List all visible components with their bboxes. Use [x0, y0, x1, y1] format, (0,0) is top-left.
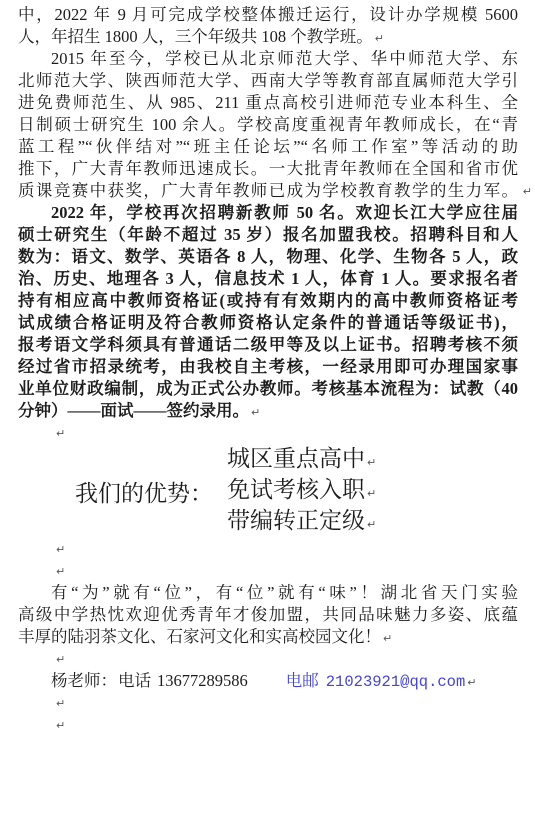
paragraph-mark-icon: ↵: [56, 543, 65, 556]
text-run: 丰厚的陆羽茶文化、石家河文化和实高校园文化！: [18, 627, 381, 646]
text-line: 丰厚的陆羽茶文化、石家河文化和实高校园文化！↵: [18, 626, 518, 648]
empty-line: ↵: [18, 560, 518, 582]
paragraph-mark-icon: ↵: [56, 427, 65, 440]
text-run: 高级中学热忱欢迎优秀青年才俊加盟，共同品味魅力多姿、底蕴: [18, 605, 518, 624]
paragraph-mark-icon: ↵: [467, 676, 476, 689]
document-page: 中，2022 年 9 月可完成学校整体搬迁运行，设计办学规模 5600 人，年招…: [0, 0, 535, 826]
text-run: 城区重点高中: [227, 446, 365, 471]
text-run: 有“为”就有“位”，有“位”就有“味”！湖北省天门实验: [51, 583, 518, 602]
contact-email-label: 电邮: [286, 671, 319, 690]
text-line: 2022 年，学校再次招聘新教师 50 名。欢迎长江大学应往届: [18, 202, 518, 224]
text-run: 带编转正定级: [227, 508, 365, 533]
text-run: 经过省市招录统考，由我校自主考核，一经录用即可办理国家事: [18, 357, 518, 376]
text-run: 中，2022 年 9 月可完成学校整体搬迁运行，设计办学规模 5600: [18, 5, 518, 24]
text-run: 日制硕士研究生 100 余人。学校高度重视青年教师成长，在“青: [18, 115, 518, 134]
text-run: 硕士研究生（年龄不超过 35 岁）报名加盟我校。招聘科目和人: [18, 225, 518, 244]
paragraph-mark-icon: ↵: [56, 565, 65, 578]
text-line: 硕士研究生（年龄不超过 35 岁）报名加盟我校。招聘科目和人: [18, 224, 518, 246]
text-run: 质课竞赛中获奖，广大青年教师已成为学校教育教学的生力军。: [18, 181, 518, 200]
contact-line: 杨老师：电话13677289586电邮21023921@qq.com↵: [18, 670, 518, 692]
empty-line: ↵: [18, 538, 518, 560]
text-run: 试成绩合格证明及符合教师资格认定条件的普通话等级证书)，: [18, 313, 518, 332]
advantages-label: 我们的优势：: [75, 475, 213, 508]
text-line: 有“为”就有“位”，有“位”就有“味”！湖北省天门实验: [18, 582, 518, 604]
text-run: 蓝工程”“伙伴结对”“班主任论坛”“名师工作室”等活动的助: [18, 137, 518, 156]
contact-email-link[interactable]: 21023921@qq.com: [326, 673, 466, 691]
paragraph-teacher-recruitment-history: 2015 年至今，学校已从北京师范大学、华中师范大学、东 北师范大学、陕西师范大…: [18, 48, 518, 202]
paragraph-mark-icon: ↵: [383, 632, 392, 645]
text-line: 经过省市招录统考，由我校自主考核，一经录用即可办理国家事: [18, 356, 518, 378]
text-line: 2015 年至今，学校已从北京师范大学、华中师范大学、东: [18, 48, 518, 70]
text-line: 进免费师范生、从 985、211 重点高校引进师范专业本科生、全: [18, 92, 518, 114]
paragraph-mark-icon: ↵: [523, 181, 532, 203]
empty-line: ↵: [18, 714, 518, 736]
text-line: 业单位财政编制，成为正式公办教师。考核基本流程为：试教（40: [18, 378, 518, 400]
advantage-item: 免试考核入职↵: [227, 476, 376, 507]
text-run: 业单位财政编制，成为正式公办教师。考核基本流程为：试教（40: [18, 379, 518, 398]
advantage-item: 带编转正定级↵: [227, 507, 376, 538]
text-line: 试成绩合格证明及符合教师资格认定条件的普通话等级证书)，: [18, 312, 518, 334]
text-run: 2022 年，学校再次招聘新教师 50 名。欢迎长江大学应往届: [51, 203, 518, 222]
paragraph-mark-icon: ↵: [56, 697, 65, 710]
text-line: 报考语文学科须具有普通话二级甲等及以上证书。招聘考核不须: [18, 334, 518, 356]
paragraph-mark-icon: ↵: [367, 456, 376, 469]
text-run: 2015 年至今，学校已从北京师范大学、华中师范大学、东: [51, 49, 518, 68]
text-run: 进免费师范生、从 985、211 重点高校引进师范专业本科生、全: [18, 93, 518, 112]
paragraph-relocation: 中，2022 年 9 月可完成学校整体搬迁运行，设计办学规模 5600 人，年招…: [18, 4, 518, 48]
text-line: 蓝工程”“伙伴结对”“班主任论坛”“名师工作室”等活动的助: [18, 136, 518, 158]
paragraph-closing-welcome: 有“为”就有“位”，有“位”就有“味”！湖北省天门实验 高级中学热忱欢迎优秀青年…: [18, 582, 518, 648]
advantages-block: 我们的优势： 城区重点高中↵ 免试考核入职↵ 带编转正定级↵: [18, 445, 518, 538]
text-run: 分钟）——面试——签约录用。: [18, 401, 249, 420]
advantage-item: 城区重点高中↵: [227, 445, 376, 476]
advantages-list: 城区重点高中↵ 免试考核入职↵ 带编转正定级↵: [227, 445, 376, 538]
paragraph-mark-icon: ↵: [56, 653, 65, 666]
paragraph-recruitment-2022: 2022 年，学校再次招聘新教师 50 名。欢迎长江大学应往届 硕士研究生（年龄…: [18, 202, 518, 422]
contact-teacher-name: 杨老师：: [51, 671, 117, 690]
paragraph-mark-icon: ↵: [56, 719, 65, 732]
paragraph-mark-icon: ↵: [251, 406, 260, 419]
text-run: 推下，广大青年教师迅速成长。一大批青年教师在全国和省市优: [18, 159, 518, 178]
contact-phone-label: 电话: [118, 671, 151, 690]
text-line: 北师范大学、陕西师范大学、西南大学等教育部直属师范大学引: [18, 70, 518, 92]
text-line: 数为：语文、数学、英语各 8 人，物理、化学、生物各 5 人，政: [18, 246, 518, 268]
empty-line: ↵: [18, 422, 518, 444]
empty-line: ↵: [18, 648, 518, 670]
text-line: 中，2022 年 9 月可完成学校整体搬迁运行，设计办学规模 5600: [18, 4, 518, 26]
text-line: 持有相应高中教师资格证(或持有有效期内的高中教师资格证考: [18, 290, 518, 312]
text-run: 人，年招生 1800 人，三个年级共 108 个教学班。: [18, 27, 373, 46]
text-line: 质课竞赛中获奖，广大青年教师已成为学校教育教学的生力军。↵: [18, 180, 518, 202]
text-run: 治、历史、地理各 3 人，信息技术 1 人，体育 1 人。要求报名者: [18, 269, 518, 288]
paragraph-mark-icon: ↵: [375, 32, 384, 45]
contact-phone-number: 13677289586: [157, 671, 248, 690]
paragraph-mark-icon: ↵: [367, 487, 376, 500]
text-run: 免试考核入职: [227, 477, 365, 502]
text-line: 人，年招生 1800 人，三个年级共 108 个教学班。↵: [18, 26, 518, 48]
text-run: 报考语文学科须具有普通话二级甲等及以上证书。招聘考核不须: [18, 335, 518, 354]
text-line: 治、历史、地理各 3 人，信息技术 1 人，体育 1 人。要求报名者: [18, 268, 518, 290]
empty-line: ↵: [18, 692, 518, 714]
text-run: 数为：语文、数学、英语各 8 人，物理、化学、生物各 5 人，政: [18, 247, 518, 266]
text-line: 高级中学热忱欢迎优秀青年才俊加盟，共同品味魅力多姿、底蕴: [18, 604, 518, 626]
text-line: 分钟）——面试——签约录用。↵: [18, 400, 518, 422]
paragraph-mark-icon: ↵: [367, 518, 376, 531]
text-line: 推下，广大青年教师迅速成长。一大批青年教师在全国和省市优: [18, 158, 518, 180]
text-run: 持有相应高中教师资格证(或持有有效期内的高中教师资格证考: [18, 291, 518, 310]
text-run: 北师范大学、陕西师范大学、西南大学等教育部直属师范大学引: [18, 71, 518, 90]
text-line: 日制硕士研究生 100 余人。学校高度重视青年教师成长，在“青: [18, 114, 518, 136]
